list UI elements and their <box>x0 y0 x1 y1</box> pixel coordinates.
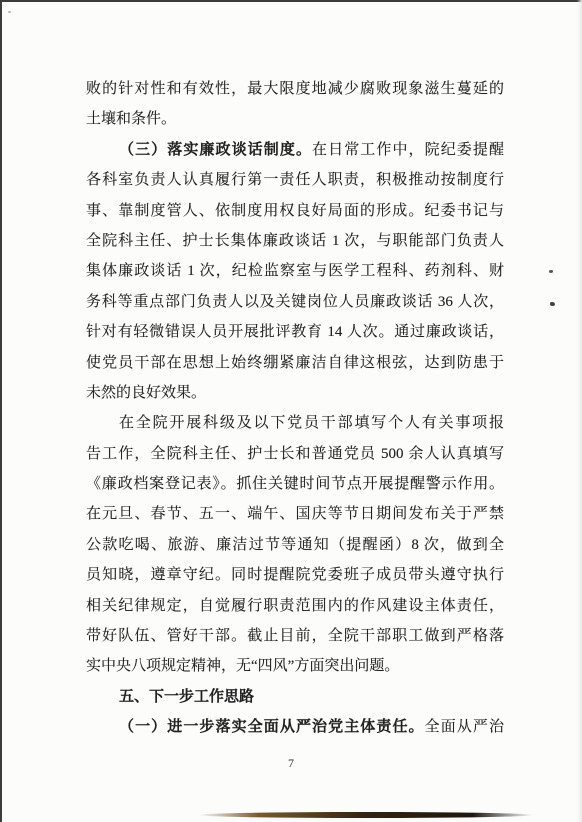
text-segment: 败的针对性和有效性，最大限度地减少腐败现象滋生蔓延的 <box>86 81 504 97</box>
text-line: 全院科主任、护士长集体廉政谈话 1 次，与职能部门负责人 <box>86 226 504 256</box>
text-segment: 公款吃喝、旅游、廉洁过节等通知（提醒函）8 次，做到全 <box>86 537 504 553</box>
text-segment: 在全院开展科级及以下党员干部填写个人有关事项报 <box>119 415 504 431</box>
scan-bottom-shadow <box>198 812 533 818</box>
text-line: 在全院开展科级及以下党员干部填写个人有关事项报 <box>86 408 504 438</box>
text-line: 《廉政档案登记表》。抓住关键时间节点开展提醒警示作用。 <box>86 469 504 499</box>
text-line: 五、下一步工作思路 <box>86 682 504 712</box>
text-segment: 实中央八项规定精神，无“四风”方面突出问题。 <box>86 658 399 674</box>
text-segment: 未然的良好效果。 <box>86 385 206 401</box>
text-segment: 在元旦、春节、五一、端午、国庆等节日期间发布关于严禁 <box>86 506 504 522</box>
scan-edge-right <box>577 0 582 822</box>
text-line: 公款吃喝、旅游、廉洁过节等通知（提醒函）8 次，做到全 <box>86 530 504 560</box>
scanned-page: 败的针对性和有效性，最大限度地减少腐败现象滋生蔓延的土壤和条件。（三）落实廉政谈… <box>0 0 582 822</box>
text-segment: 员知晓，遵章守纪。同时提醒院党委班子成员带头遵守执行 <box>86 567 504 583</box>
text-line: 事、靠制度管人、依制度用权良好局面的形成。纪委书记与 <box>86 196 504 226</box>
text-line: 相关纪律规定，自觉履行职责范围内的作风建设主体责任， <box>86 591 504 621</box>
text-segment: 告工作，全院科主任、护士长和普通党员 500 余人认真填写 <box>86 446 504 462</box>
ink-speck <box>8 11 11 13</box>
text-segment: 《廉政档案登记表》。抓住关键时间节点开展提醒警示作用。 <box>86 476 504 492</box>
text-segment: 相关纪律规定，自觉履行职责范围内的作风建设主体责任， <box>86 598 504 614</box>
bold-text-segment: （三）落实廉政谈话制度。 <box>119 142 312 158</box>
bold-text-segment: （一）进一步落实全面从严治党主体责任。 <box>119 719 425 735</box>
text-segment: 使党员干部在思想上始终绷紧廉洁自律这根弦，达到防患于 <box>86 355 504 371</box>
text-line: 各科室负责人认真履行第一责任人职责，积极推动按制度行 <box>86 165 504 195</box>
text-line: 败的针对性和有效性，最大限度地减少腐败现象滋生蔓延的 <box>86 74 504 104</box>
scan-edge-left <box>0 0 2 822</box>
text-segment: 全院科主任、护士长集体廉政谈话 1 次，与职能部门负责人 <box>86 233 504 249</box>
text-line: 实中央八项规定精神，无“四风”方面突出问题。 <box>86 651 504 681</box>
page-number: 7 <box>0 756 582 771</box>
text-line: （三）落实廉政谈话制度。在日常工作中，院纪委提醒 <box>86 135 504 165</box>
text-segment: 集体廉政谈话 1 次，纪检监察室与医学工程科、药剂科、财 <box>86 263 504 279</box>
document-text-column: 败的针对性和有效性，最大限度地减少腐败现象滋生蔓延的土壤和条件。（三）落实廉政谈… <box>86 74 504 743</box>
text-line: 未然的良好效果。 <box>86 378 504 408</box>
text-segment: 事、靠制度管人、依制度用权良好局面的形成。纪委书记与 <box>86 203 504 219</box>
scan-edge-top <box>0 0 582 2</box>
text-segment: 全面从严治 <box>425 719 504 735</box>
text-segment: 在日常工作中，院纪委提醒 <box>312 142 504 158</box>
text-line: 集体廉政谈话 1 次，纪检监察室与医学工程科、药剂科、财 <box>86 256 504 286</box>
text-line: 员知晓，遵章守纪。同时提醒院党委班子成员带头遵守执行 <box>86 560 504 590</box>
text-segment: 各科室负责人认真履行第一责任人职责，积极推动按制度行 <box>86 172 504 188</box>
text-line: （一）进一步落实全面从严治党主体责任。全面从严治 <box>86 712 504 742</box>
text-line: 在元旦、春节、五一、端午、国庆等节日期间发布关于严禁 <box>86 499 504 529</box>
text-line: 告工作，全院科主任、护士长和普通党员 500 余人认真填写 <box>86 439 504 469</box>
text-line: 土壤和条件。 <box>86 104 504 134</box>
text-segment: 带好队伍、管好干部。截止目前，全院干部职工做到严格落 <box>86 628 504 644</box>
bold-text-segment: 五、下一步工作思路 <box>119 689 254 705</box>
text-line: 针对有轻微错误人员开展批评教育 14 人次。通过廉政谈话， <box>86 317 504 347</box>
text-line: 务科等重点部门负责人以及关键岗位人员廉政谈话 36 人次， <box>86 287 504 317</box>
text-line: 使党员干部在思想上始终绷紧廉洁自律这根弦，达到防患于 <box>86 348 504 378</box>
text-line: 带好队伍、管好干部。截止目前，全院干部职工做到严格落 <box>86 621 504 651</box>
text-segment: 针对有轻微错误人员开展批评教育 14 人次。通过廉政谈话， <box>86 324 504 340</box>
ink-speck <box>550 302 555 306</box>
ink-speck <box>549 270 553 273</box>
text-segment: 土壤和条件。 <box>86 111 176 127</box>
text-segment: 务科等重点部门负责人以及关键岗位人员廉政谈话 36 人次， <box>86 294 504 310</box>
